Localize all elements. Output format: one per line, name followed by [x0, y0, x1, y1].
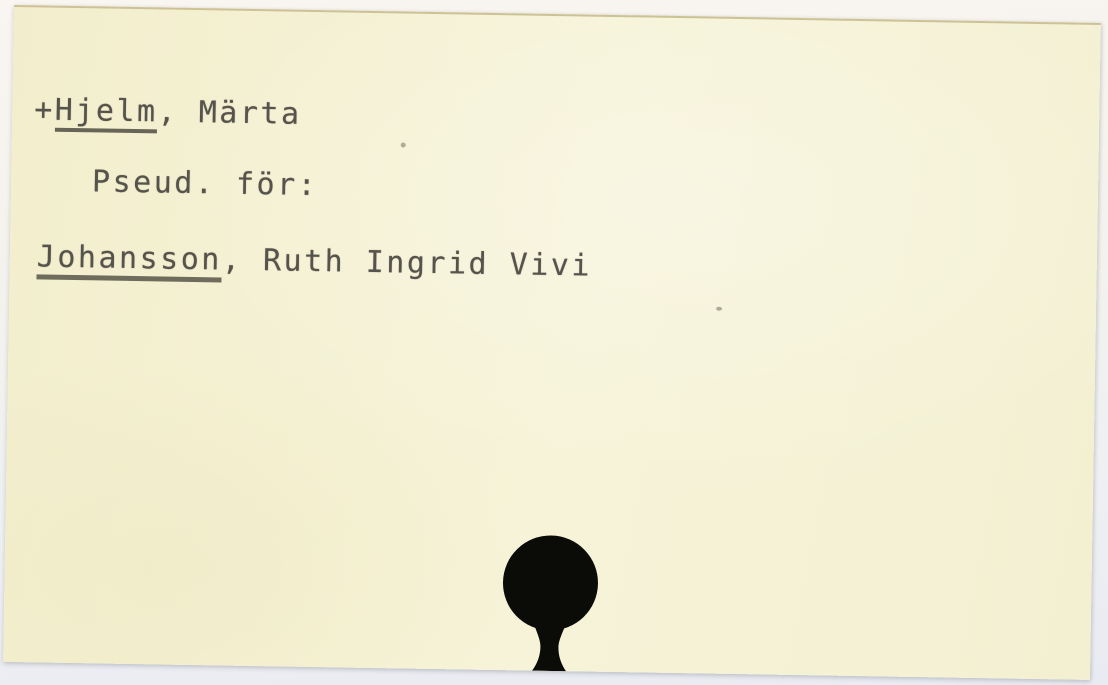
rod-hole-punch-icon [489, 534, 611, 672]
ink-speck [716, 307, 722, 311]
real-given-names-text: , Ruth Ingrid Vivi [222, 242, 593, 283]
cross-reference-plus-mark: + [34, 92, 55, 127]
pseudonym-given-name-text: , Märta [157, 94, 301, 131]
real-surname-underlined: Johansson [36, 239, 222, 282]
pseud-for-label: Pseud. för: [92, 167, 319, 201]
ink-speck [401, 142, 406, 147]
pseudonym-surname-underlined: Hjelm [54, 93, 157, 134]
catalog-card: +Hjelm, Märta Pseud. för: Johansson, Rut… [3, 5, 1101, 680]
real-name-line: Johansson, Ruth Ingrid Vivi [37, 242, 593, 281]
pseudonym-heading-line: +Hjelm, Märta [34, 95, 302, 129]
